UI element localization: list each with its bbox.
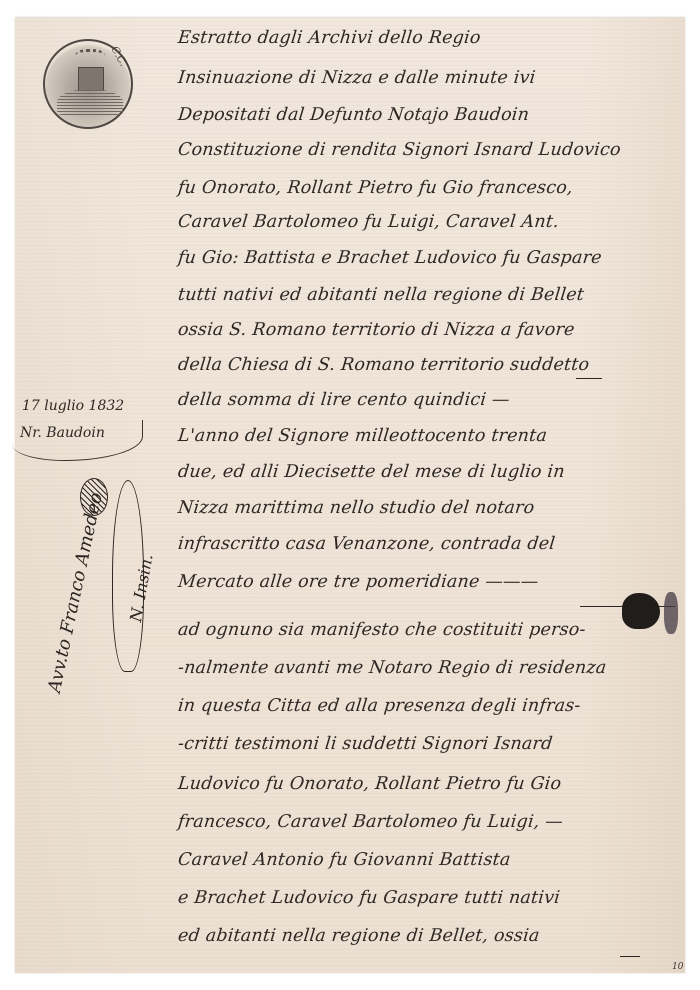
line-end-dash xyxy=(620,956,640,957)
body-line: in questa Citta ed alla presenza degli i… xyxy=(177,696,582,716)
body-line: della somma di lire cento quindici — xyxy=(177,390,511,410)
body-line: ossia S. Romano territorio di Nizza a fa… xyxy=(177,320,576,340)
tower-icon xyxy=(78,67,104,91)
body-line: ad ognuno sia manifesto che costituiti p… xyxy=(177,620,587,640)
body-line: tutti nativi ed abitanti nella regione d… xyxy=(177,285,585,305)
page-number: 10 xyxy=(672,962,683,972)
body-line: Constituzione di rendita Signori Isnard … xyxy=(177,140,622,160)
stamp-marks: C.C. xyxy=(109,45,129,69)
body-line: fu Gio: Battista e Brachet Ludovico fu G… xyxy=(177,248,603,268)
body-line: Caravel Bartolomeo fu Luigi, Caravel Ant… xyxy=(177,212,560,232)
body-line: e Brachet Ludovico fu Gaspare tutti nati… xyxy=(177,888,561,908)
line-end-dash xyxy=(576,378,602,379)
body-line: della Chiesa di S. Romano territorio sud… xyxy=(177,355,590,375)
body-line: L'anno del Signore milleottocento trenta xyxy=(177,426,548,446)
body-line: -critti testimoni li suddetti Signori Is… xyxy=(177,734,554,754)
body-line: infrascritto casa Venanzone, contrada de… xyxy=(177,534,556,554)
body-line: francesco, Caravel Bartolomeo fu Luigi, … xyxy=(177,812,564,832)
hills-icon xyxy=(57,89,123,115)
body-line: Mercato alle ore tre pomeridiane ——— xyxy=(177,572,540,592)
body-line: ed abitanti nella regione di Bellet, oss… xyxy=(177,926,541,946)
body-line: Caravel Antonio fu Giovanni Battista xyxy=(177,850,512,870)
body-line-title: Estratto dagli Archivi dello Regio xyxy=(177,28,482,48)
ink-smudge xyxy=(664,592,678,634)
body-line: Nizza marittima nello studio del notaro xyxy=(177,498,535,518)
margin-date: 17 luglio 1832 xyxy=(22,398,124,414)
body-line: due, ed alli Diecisette del mese di lugl… xyxy=(177,462,566,482)
crown-icon xyxy=(75,49,105,66)
official-seal-stamp: C.C. xyxy=(43,39,133,129)
body-line: Depositati dal Defunto Notajo Baudoin xyxy=(177,105,530,125)
body-line: -nalmente avanti me Notaro Regio di resi… xyxy=(177,658,608,678)
body-line: Insinuazione di Nizza e dalle minute ivi xyxy=(177,68,537,88)
body-line: fu Onorato, Rollant Pietro fu Gio france… xyxy=(177,178,574,198)
ink-blot xyxy=(622,593,660,629)
body-line: Ludovico fu Onorato, Rollant Pietro fu G… xyxy=(177,774,562,794)
